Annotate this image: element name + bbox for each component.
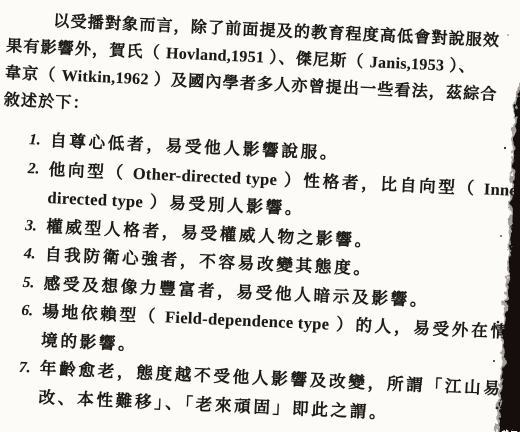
item-number: 4. — [23, 240, 45, 269]
item-number: 3. — [25, 211, 47, 240]
item-number: 7. — [18, 354, 40, 383]
item-number: 2. — [27, 155, 49, 184]
item-number: 5. — [22, 268, 44, 297]
item-number: 1. — [28, 126, 50, 155]
scanned-book-page: 以受播對象而言，除了前面提及的教育程度高低會對說服效 果有影響外，賀氏（ Hov… — [0, 0, 520, 432]
page-text-block: 以受播對象而言，除了前面提及的教育程度高低會對說服效 果有影響外，賀氏（ Hov… — [0, 6, 515, 432]
numbered-list: 1. 自尊心低者，易受他人影響說服。 2. 他向型（ Other-directe… — [0, 125, 510, 432]
intro-paragraph: 以受播對象而言，除了前面提及的教育程度高低會對說服效 果有影響外，賀氏（ Hov… — [3, 6, 515, 136]
item-number: 6. — [21, 297, 43, 326]
